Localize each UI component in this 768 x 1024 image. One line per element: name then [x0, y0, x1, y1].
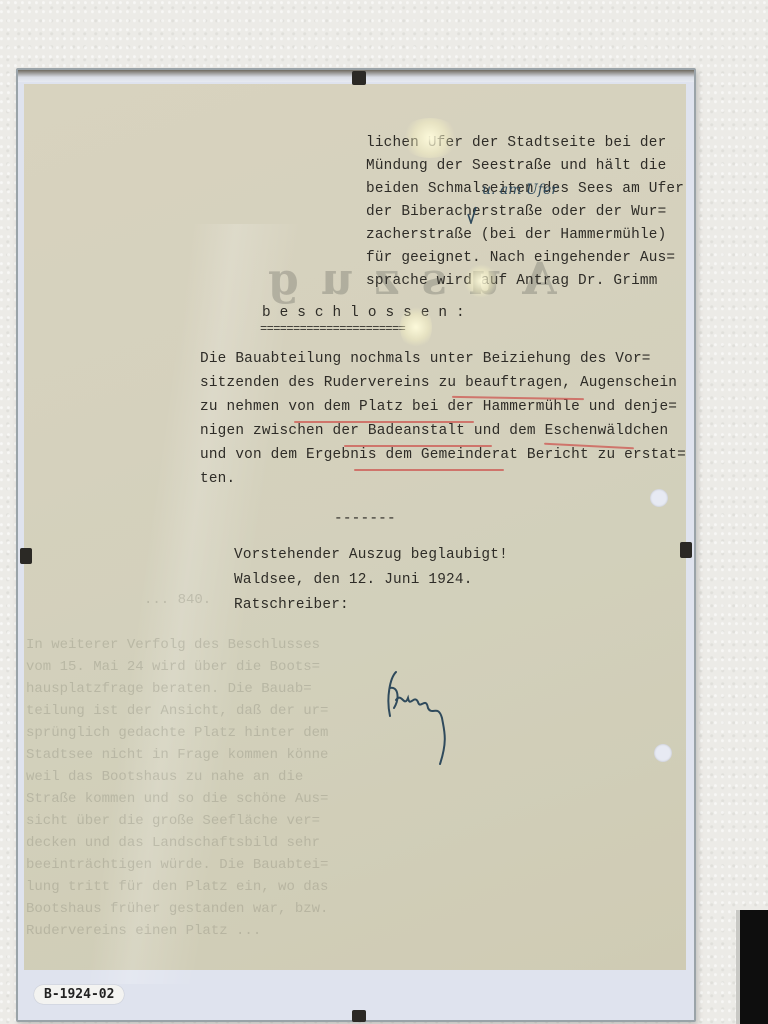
- body-line: der Biberacherstraße oder der Wur=: [366, 201, 666, 224]
- body-line: Mündung der Seestraße und hält die: [366, 155, 666, 178]
- frame-clip: [352, 71, 366, 85]
- punch-hole: [654, 744, 672, 762]
- bleed-through-line: vom 15. Mai 24 wird über die Boots=: [26, 656, 320, 679]
- bleed-through-line: teilung ist der Ansicht, daß der ur=: [26, 700, 328, 723]
- bleed-through-line: ... 840.: [144, 589, 211, 612]
- insertion-mark-icon: [467, 206, 477, 224]
- red-pencil-mark: [294, 421, 474, 423]
- bleed-through-line: Bootshaus früher gestanden war, bzw.: [26, 898, 328, 921]
- light-glare: [464, 264, 498, 298]
- bleed-through-line: Rudervereins einen Platz ...: [26, 920, 261, 943]
- heading-underline: ======================: [260, 318, 405, 341]
- signer-label: Ratschreiber:: [234, 594, 349, 617]
- bleed-through-line: decken und das Landschaftsbild sehr: [26, 832, 320, 855]
- picture-frame: Auszug ... 840. In weiterer Verfolg des …: [16, 68, 696, 1022]
- handwritten-insertion: u. am Ufer: [482, 182, 558, 198]
- bleed-through-line: weil das Bootshaus zu nahe an die: [26, 766, 303, 789]
- light-glare: [400, 118, 460, 158]
- bleed-through-line: hausplatzfrage beraten. Die Bauab=: [26, 678, 312, 701]
- date-line: Waldsee, den 12. Juni 1924.: [234, 569, 473, 592]
- red-pencil-mark: [354, 469, 504, 471]
- bleed-through-line: beeinträchtigen würde. Die Bauabtei=: [26, 854, 328, 877]
- resolution-line: zu nehmen von dem Platz bei der Hammermü…: [200, 396, 677, 419]
- bleed-through-line: Straße kommen und so die schöne Aus=: [26, 788, 328, 811]
- bleed-through-line: sicht über die große Seefläche ver=: [26, 810, 320, 833]
- frame-clip: [680, 542, 692, 558]
- resolution-line: ten.: [200, 468, 235, 491]
- document-sheet: Auszug ... 840. In weiterer Verfolg des …: [24, 84, 686, 970]
- punch-hole: [650, 489, 668, 507]
- frame-clip: [20, 548, 32, 564]
- red-pencil-mark: [344, 445, 492, 447]
- bleed-through-line: lung tritt für den Platz ein, wo das: [26, 876, 328, 899]
- certification-line: Vorstehender Auszug beglaubigt!: [234, 544, 508, 567]
- separator: -------: [334, 508, 396, 531]
- resolution-line: nigen zwischen der Badeanstalt und dem E…: [200, 420, 668, 443]
- signature-icon: [382, 668, 462, 768]
- resolution-line: sitzenden des Rudervereins zu beauftrage…: [200, 372, 677, 395]
- resolution-line: Die Bauabteilung nochmals unter Beiziehu…: [200, 348, 651, 371]
- catalog-number-label: B-1924-02: [34, 985, 124, 1004]
- body-line: für geeignet. Nach eingehender Aus=: [366, 247, 675, 270]
- light-glare: [400, 304, 432, 350]
- bleed-through-line: sprünglich gedachte Platz hinter dem: [26, 722, 328, 745]
- body-line: sprache wird auf Antrag Dr. Grimm: [366, 270, 658, 293]
- body-line: zacherstraße (bei der Hammermühle): [366, 224, 666, 247]
- bleed-through-line: In weiterer Verfolg des Beschlusses: [26, 634, 320, 657]
- adjacent-frame: [736, 910, 768, 1024]
- bleed-through-line: Stadtsee nicht in Frage kommen könne: [26, 744, 328, 767]
- frame-clip: [352, 1010, 366, 1022]
